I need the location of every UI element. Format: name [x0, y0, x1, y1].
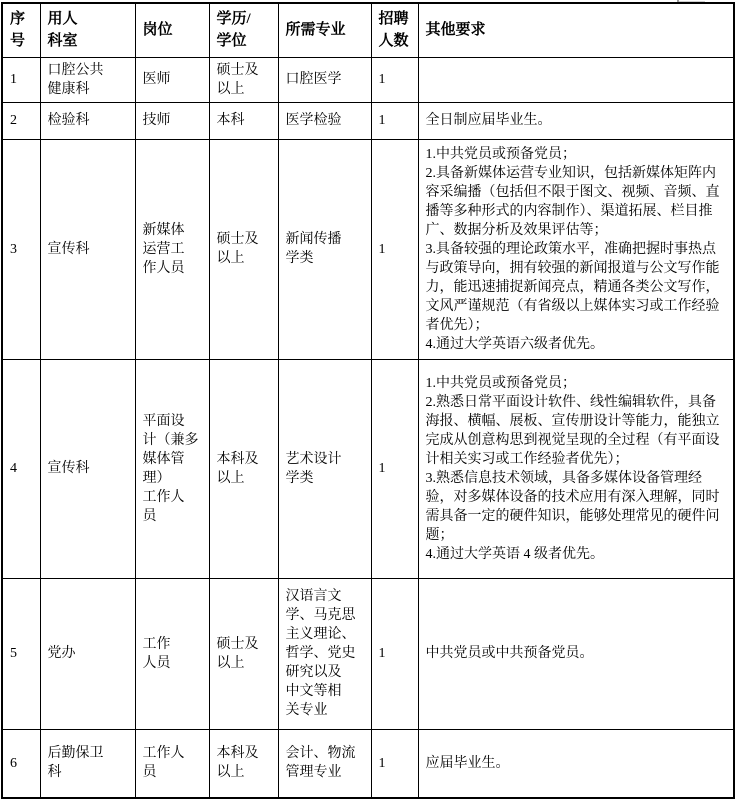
- cell-index: 2: [2, 102, 40, 139]
- cell-requirements: [418, 57, 734, 102]
- header-cell-education: 学历/ 学位: [209, 3, 278, 57]
- header-cell-position: 岗位: [135, 3, 209, 57]
- cell-department: 宣传科: [40, 359, 135, 578]
- cell-education: 硕士及 以上: [209, 139, 278, 359]
- header-cell-headcount: 招聘 人数: [371, 3, 418, 57]
- header-cell-major: 所需专业: [278, 3, 371, 57]
- cell-major: 医学检验: [278, 102, 371, 139]
- cell-education: 本科及 以上: [209, 729, 278, 798]
- cell-education: 硕士及 以上: [209, 57, 278, 102]
- cell-requirements: 全日制应届毕业生。: [418, 102, 734, 139]
- header-cell-index: 序 号: [2, 3, 40, 57]
- cell-education: 本科: [209, 102, 278, 139]
- cell-index: 3: [2, 139, 40, 359]
- cell-headcount: 1: [371, 578, 418, 729]
- cell-requirements: 1.中共党员或预备党员； 2.熟悉日常平面设计软件、线性编辑软件，具备海报、横幅…: [418, 359, 734, 578]
- cell-headcount: 1: [371, 57, 418, 102]
- cell-department: 口腔公共 健康科: [40, 57, 135, 102]
- cell-position: 医师: [135, 57, 209, 102]
- table-row: 2 检验科 技师 本科 医学检验 1 全日制应届毕业生。: [2, 102, 734, 139]
- table-row: 5 党办 工作 人员 硕士及 以上 汉语言文 学、马克思 主义理论、 哲学、党史…: [2, 578, 734, 729]
- cell-major: 汉语言文 学、马克思 主义理论、 哲学、党史 研究以及 中文等相 关专业: [278, 578, 371, 729]
- cell-major: 口腔医学: [278, 57, 371, 102]
- cell-major: 会计、物流 管理专业: [278, 729, 371, 798]
- page-root: 序 号 用人 科室 岗位 学历/ 学位 所需专业 招聘 人数 其他要求 1 口腔…: [0, 0, 735, 802]
- cell-requirements: 1.中共党员或预备党员； 2.具备新媒体运营专业知识，包括新媒体矩阵内容采编播（…: [418, 139, 734, 359]
- cell-education: 硕士及 以上: [209, 578, 278, 729]
- cell-major: 新闻传播 学类: [278, 139, 371, 359]
- cell-major: 艺术设计 学类: [278, 359, 371, 578]
- cell-department: 后勤保卫 科: [40, 729, 135, 798]
- cell-headcount: 1: [371, 139, 418, 359]
- cell-index: 1: [2, 57, 40, 102]
- cell-headcount: 1: [371, 729, 418, 798]
- header-cell-department: 用人 科室: [40, 3, 135, 57]
- cell-index: 4: [2, 359, 40, 578]
- recruitment-table: 序 号 用人 科室 岗位 学历/ 学位 所需专业 招聘 人数 其他要求 1 口腔…: [1, 2, 735, 799]
- cell-index: 5: [2, 578, 40, 729]
- header-row: 序 号 用人 科室 岗位 学历/ 学位 所需专业 招聘 人数 其他要求: [2, 3, 734, 57]
- cell-department: 党办: [40, 578, 135, 729]
- cell-index: 6: [2, 729, 40, 798]
- cell-position: 平面设 计（兼多 媒体管 理） 工作人 员: [135, 359, 209, 578]
- table-row: 3 宣传科 新媒体 运营工 作人员 硕士及 以上 新闻传播 学类 1 1.中共党…: [2, 139, 734, 359]
- cell-position: 新媒体 运营工 作人员: [135, 139, 209, 359]
- cell-requirements: 应届毕业生。: [418, 729, 734, 798]
- cell-headcount: 1: [371, 359, 418, 578]
- cell-headcount: 1: [371, 102, 418, 139]
- cell-position: 工作人 员: [135, 729, 209, 798]
- cell-education: 本科及 以上: [209, 359, 278, 578]
- header-cell-requirements: 其他要求: [418, 3, 734, 57]
- cell-requirements: 中共党员或中共预备党员。: [418, 578, 734, 729]
- cell-position: 工作 人员: [135, 578, 209, 729]
- table-row: 1 口腔公共 健康科 医师 硕士及 以上 口腔医学 1: [2, 57, 734, 102]
- table-row: 6 后勤保卫 科 工作人 员 本科及 以上 会计、物流 管理专业 1 应届毕业生…: [2, 729, 734, 798]
- cell-department: 宣传科: [40, 139, 135, 359]
- table-row: 4 宣传科 平面设 计（兼多 媒体管 理） 工作人 员 本科及 以上 艺术设计 …: [2, 359, 734, 578]
- cell-position: 技师: [135, 102, 209, 139]
- cell-department: 检验科: [40, 102, 135, 139]
